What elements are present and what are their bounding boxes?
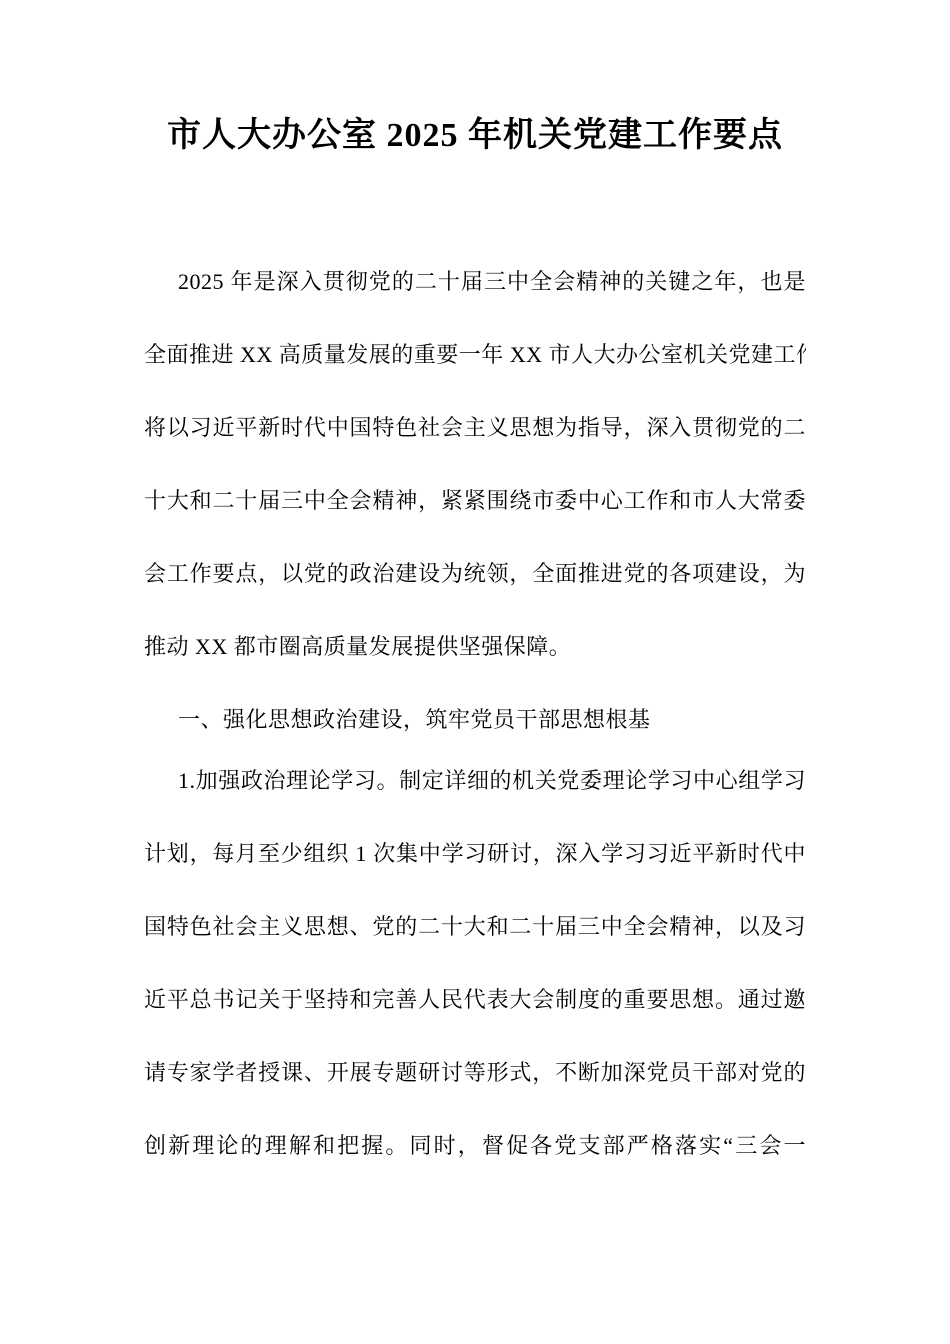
paragraph-line: 创新理论的理解和把握。同时，督促各党支部严格落实“三会一	[144, 1109, 806, 1182]
paragraph-line: 近平总书记关于坚持和完善人民代表大会制度的重要思想。通过邀	[144, 963, 806, 1036]
document-title: 市人大办公室 2025 年机关党建工作要点	[0, 0, 950, 160]
paragraph-line: 计划，每月至少组织 1 次集中学习研讨，深入学习习近平新时代中	[144, 817, 806, 890]
item-paragraph: 1.加强政治理论学习。制定详细的机关党委理论学习中心组学习 计划，每月至少组织 …	[144, 744, 806, 1182]
paragraph-line: 十大和二十届三中全会精神，紧紧围绕市委中心工作和市人大常委	[144, 464, 806, 537]
paragraph-line: 推动 XX 都市圈高质量发展提供坚强保障。	[144, 610, 806, 683]
paragraph-line: 将以习近平新时代中国特色社会主义思想为指导，深入贯彻党的二	[144, 391, 806, 464]
paragraph-line: 会工作要点，以党的政治建设为统领，全面推进党的各项建设，为	[144, 537, 806, 610]
intro-paragraph: 2025 年是深入贯彻党的二十届三中全会精神的关键之年，也是 全面推进 XX 高…	[144, 245, 806, 683]
document-page: 市人大办公室 2025 年机关党建工作要点 2025 年是深入贯彻党的二十届三中…	[0, 0, 950, 1344]
paragraph-line: 请专家学者授课、开展专题研讨等形式，不断加深党员干部对党的	[144, 1036, 806, 1109]
paragraph-line: 全面推进 XX 高质量发展的重要一年 XX 市人大办公室机关党建工作	[144, 318, 806, 391]
paragraph-line: 1.加强政治理论学习。制定详细的机关党委理论学习中心组学习	[144, 744, 806, 817]
paragraph-line: 2025 年是深入贯彻党的二十届三中全会精神的关键之年，也是	[144, 245, 806, 318]
document-body: 2025 年是深入贯彻党的二十届三中全会精神的关键之年，也是 全面推进 XX 高…	[144, 160, 806, 1182]
paragraph-line: 国特色社会主义思想、党的二十大和二十届三中全会精神，以及习	[144, 890, 806, 963]
